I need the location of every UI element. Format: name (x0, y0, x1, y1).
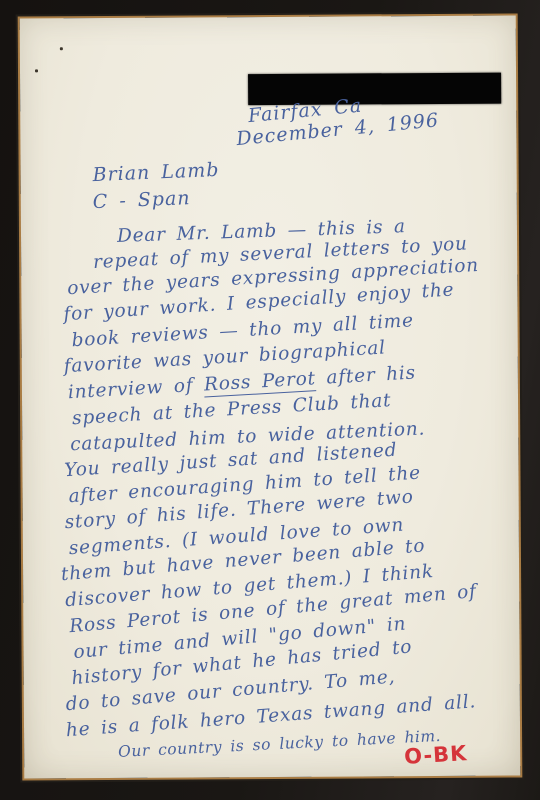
staple-mark (60, 47, 63, 50)
letter-paper: Fairfax Ca December 4, 1996 Brian Lamb C… (20, 15, 521, 778)
letter-heading: Fairfax Ca December 4, 1996 (248, 104, 440, 151)
photo-frame-background: Fairfax Ca December 4, 1996 Brian Lamb C… (0, 0, 540, 800)
staple-mark (35, 69, 38, 72)
letter-line-segment: after his (315, 362, 416, 389)
letter-body: Dear Mr. Lamb — this is a repeat of my s… (59, 222, 514, 766)
letter-recipient: Brian Lamb C - Span (93, 161, 220, 216)
recipient-organization: C - Span (92, 184, 220, 216)
red-annotation: O-BK (404, 741, 469, 769)
